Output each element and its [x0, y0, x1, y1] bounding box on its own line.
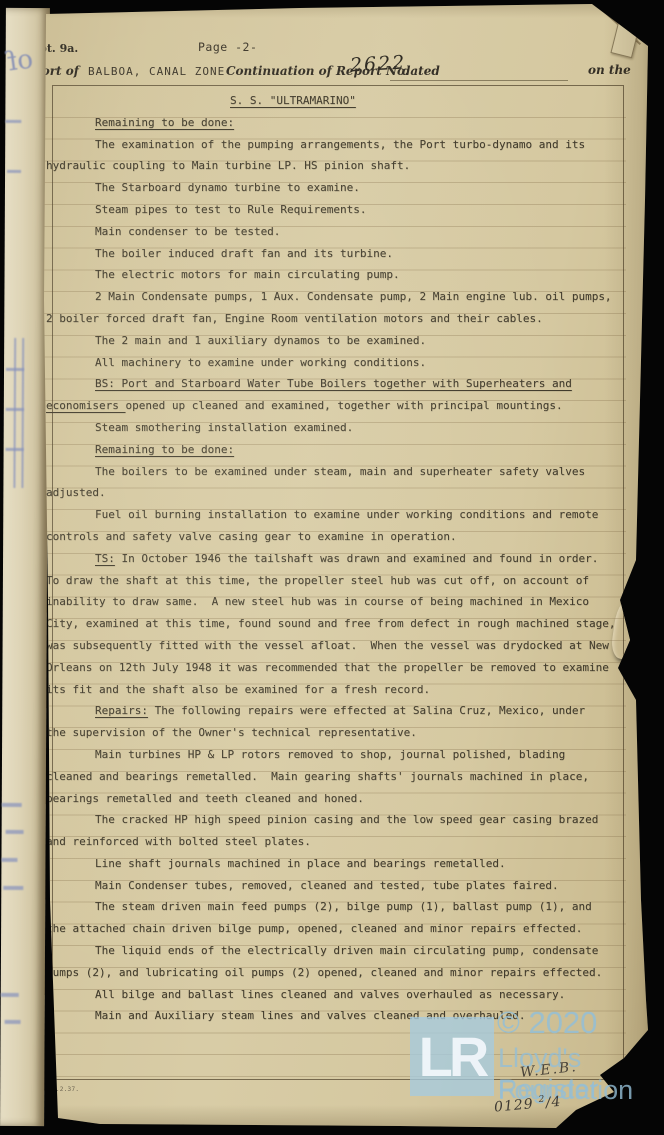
underlined-text: TS: — [95, 552, 115, 565]
ink-bleedthrough-mark — [13, 338, 16, 488]
document-line: Steam smothering installation examined. — [46, 417, 628, 439]
document-line: The 2 main and 1 auxiliary dynamos to be… — [46, 330, 628, 352]
text-segment: Main turbines HP & LP rotors removed to … — [95, 748, 565, 761]
text-segment: controls and safety valve casing gear to… — [46, 530, 457, 543]
document-line: All bilge and ballast lines cleaned and … — [46, 984, 628, 1006]
document-line: The boiler induced draft fan and its tur… — [46, 243, 628, 265]
document-line: All machinery to examine under working c… — [46, 352, 628, 374]
underlined-text: BS: Port and Starboard Water Tube Boiler… — [95, 377, 572, 390]
ink-bleedthrough-mark — [6, 408, 24, 411]
text-segment: bearings remetalled and teeth cleaned an… — [46, 792, 364, 805]
document-line: 2 Main Condensate pumps, 1 Aux. Condensa… — [46, 286, 628, 308]
document-line: bearings remetalled and teeth cleaned an… — [46, 788, 628, 810]
document-line: Main and Auxiliary steam lines and valve… — [46, 1005, 628, 1027]
document-line: adjusted. — [46, 482, 628, 504]
text-segment: The Starboard dynamo turbine to examine. — [95, 181, 360, 194]
text-segment: The electric motors for main circulating… — [95, 268, 400, 281]
document-line: pumps (2), and lubricating oil pumps (2)… — [46, 962, 628, 984]
text-segment: The boilers to be examined under steam, … — [95, 465, 585, 478]
document-line: 2 boiler forced draft fan, Engine Room v… — [46, 308, 628, 330]
text-segment: 2 boiler forced draft fan, Engine Room v… — [46, 312, 543, 325]
text-segment: All bilge and ballast lines cleaned and … — [95, 988, 565, 1001]
text-segment: Main and Auxiliary steam lines and valve… — [95, 1009, 525, 1022]
ink-bleedthrough-mark — [21, 338, 24, 488]
text-segment: The following repairs were effected at S… — [148, 704, 585, 717]
dated-label: dated — [402, 64, 440, 78]
ink-bleedthrough-mark — [1, 993, 19, 997]
ink-bleedthrough-mark — [3, 886, 23, 890]
text-segment: adjusted. — [46, 486, 106, 499]
fill-in-line — [390, 80, 568, 81]
document-line: To draw the shaft at this time, the prop… — [46, 570, 628, 592]
text-segment: 2 Main Condensate pumps, 1 Aux. Condensa… — [95, 290, 612, 303]
document-line: Main turbines HP & LP rotors removed to … — [46, 744, 628, 766]
text-segment: opened up cleaned and examined, together… — [125, 399, 562, 412]
on-the-label: on the — [588, 63, 631, 77]
document-line: The cracked HP high speed pinion casing … — [46, 809, 628, 831]
document-line: Main condenser to be tested. — [46, 221, 628, 243]
text-segment: pumps (2), and lubricating oil pumps (2)… — [46, 966, 602, 979]
text-segment: Line shaft journals machined in place an… — [95, 857, 506, 870]
document-line: was subsequently fitted with the vessel … — [46, 635, 628, 657]
document-line: cleaned and bearings remetalled. Main ge… — [46, 766, 628, 788]
ink-bleedthrough-mark — [6, 830, 24, 834]
document-line: BS: Port and Starboard Water Tube Boiler… — [46, 373, 628, 395]
document-line: the attached chain driven bilge pump, op… — [46, 918, 628, 940]
text-segment: inability to draw same. A new steel hub … — [46, 595, 589, 608]
ink-bleedthrough-mark — [6, 448, 24, 451]
text-segment: Main Condenser tubes, removed, cleaned a… — [95, 879, 559, 892]
pencil-number: 0129 — [493, 1096, 534, 1115]
document-line: Remaining to be done: — [46, 439, 628, 461]
text-segment: Steam smothering installation examined. — [95, 421, 353, 434]
typewritten-body: S. S. "ULTRAMARINO"Remaining to be done:… — [46, 90, 628, 1027]
document-line: The boilers to be examined under steam, … — [46, 461, 628, 483]
document-line: The liquid ends of the electrically driv… — [46, 940, 628, 962]
document-line: economisers opened up cleaned and examin… — [46, 395, 628, 417]
document-line: Orleans on 12th July 1948 it was recomme… — [46, 657, 628, 679]
text-segment: the attached chain driven bilge pump, op… — [46, 922, 582, 935]
document-line: Steam pipes to test to Rule Requirements… — [46, 199, 628, 221]
document-line: The examination of the pumping arrangeme… — [46, 134, 628, 156]
document-line: The electric motors for main circulating… — [46, 264, 628, 286]
text-segment: The cracked HP high speed pinion casing … — [95, 813, 598, 826]
ink-bleedthrough-mark — [6, 368, 24, 371]
ink-bleedthrough-mark — [1, 858, 17, 862]
document-line: S. S. "ULTRAMARINO" — [46, 90, 628, 112]
document-line: and reinforced with bolted steel plates. — [46, 831, 628, 853]
document-line: The steam driven main feed pumps (2), bi… — [46, 896, 628, 918]
document-line: Line shaft journals machined in place an… — [46, 853, 628, 875]
port-value: BALBOA, CANAL ZONE — [88, 65, 225, 78]
text-segment: Main condenser to be tested. — [95, 225, 280, 238]
document-line: the supervision of the Owner's technical… — [46, 722, 628, 744]
document-line: Remaining to be done: — [46, 112, 628, 134]
ink-bleedthrough-mark — [2, 803, 22, 807]
ink-bleedthrough-mark — [5, 1020, 21, 1024]
text-segment: The steam driven main feed pumps (2), bi… — [95, 900, 592, 913]
text-segment: All machinery to examine under working c… — [95, 356, 426, 369]
form-print-code: 5m.2.37. — [48, 1086, 79, 1093]
text-segment: City, examined at this time, found sound… — [46, 617, 616, 630]
ink-bleedthrough-text: of — [6, 44, 35, 77]
text-segment: To draw the shaft at this time, the prop… — [46, 574, 589, 587]
text-segment: its fit and the shaft also be examined f… — [46, 683, 430, 696]
document-line: its fit and the shaft also be examined f… — [46, 679, 628, 701]
underlined-text: S. S. "ULTRAMARINO" — [230, 94, 356, 107]
text-segment: Fuel oil burning installation to examine… — [95, 508, 598, 521]
text-segment: and reinforced with bolted steel plates. — [46, 835, 311, 848]
text-segment: The 2 main and 1 auxiliary dynamos to be… — [95, 334, 426, 347]
underlined-text: Remaining to be done: — [95, 443, 234, 456]
text-segment: the supervision of the Owner's technical… — [46, 726, 417, 739]
document-line: controls and safety valve casing gear to… — [46, 526, 628, 548]
document-line: Repairs: The following repairs were effe… — [46, 700, 628, 722]
previous-page-edge: of — [0, 8, 50, 1126]
folded-corner-tab — [610, 22, 639, 58]
ink-bleedthrough-mark — [7, 170, 21, 173]
text-segment: Orleans on 12th July 1948 it was recomme… — [46, 661, 609, 674]
document-line: hydraulic coupling to Main turbine LP. H… — [46, 155, 628, 177]
page-number: Page -2- — [198, 40, 257, 54]
document-line: Fuel oil burning installation to examine… — [46, 504, 628, 526]
text-segment: The examination of the pumping arrangeme… — [95, 138, 585, 151]
document-line: TS: In October 1946 the tailshaft was dr… — [46, 548, 628, 570]
pencil-fraction-denominator: 4 — [551, 1094, 562, 1111]
document-line: Main Condenser tubes, removed, cleaned a… — [46, 875, 628, 897]
text-segment: In October 1946 the tailshaft was drawn … — [115, 552, 598, 565]
text-segment: The liquid ends of the electrically driv… — [95, 944, 598, 957]
document-line: inability to draw same. A new steel hub … — [46, 591, 628, 613]
document-line: City, examined at this time, found sound… — [46, 613, 628, 635]
handwritten-report-number: 2622 — [349, 52, 406, 77]
document-line: The Starboard dynamo turbine to examine. — [46, 177, 628, 199]
text-segment: The boiler induced draft fan and its tur… — [95, 247, 393, 260]
text-segment: cleaned and bearings remetalled. Main ge… — [46, 770, 589, 783]
ink-bleedthrough-mark — [5, 120, 21, 123]
text-segment: was subsequently fitted with the vessel … — [46, 639, 609, 652]
underlined-text: economisers — [46, 399, 125, 412]
text-segment: Steam pipes to test to Rule Requirements… — [95, 203, 367, 216]
underlined-text: Repairs: — [95, 704, 148, 717]
document-page: ⁄ Rpt. 9a. Page -2- Port of BALBOA, CANA… — [0, 0, 664, 1135]
text-segment: hydraulic coupling to Main turbine LP. H… — [46, 159, 410, 172]
underlined-text: Remaining to be done: — [95, 116, 234, 129]
scanned-document-screenshot: of ⁄ Rpt. 9a. Page -2- Port of BALBOA, C… — [0, 0, 664, 1135]
